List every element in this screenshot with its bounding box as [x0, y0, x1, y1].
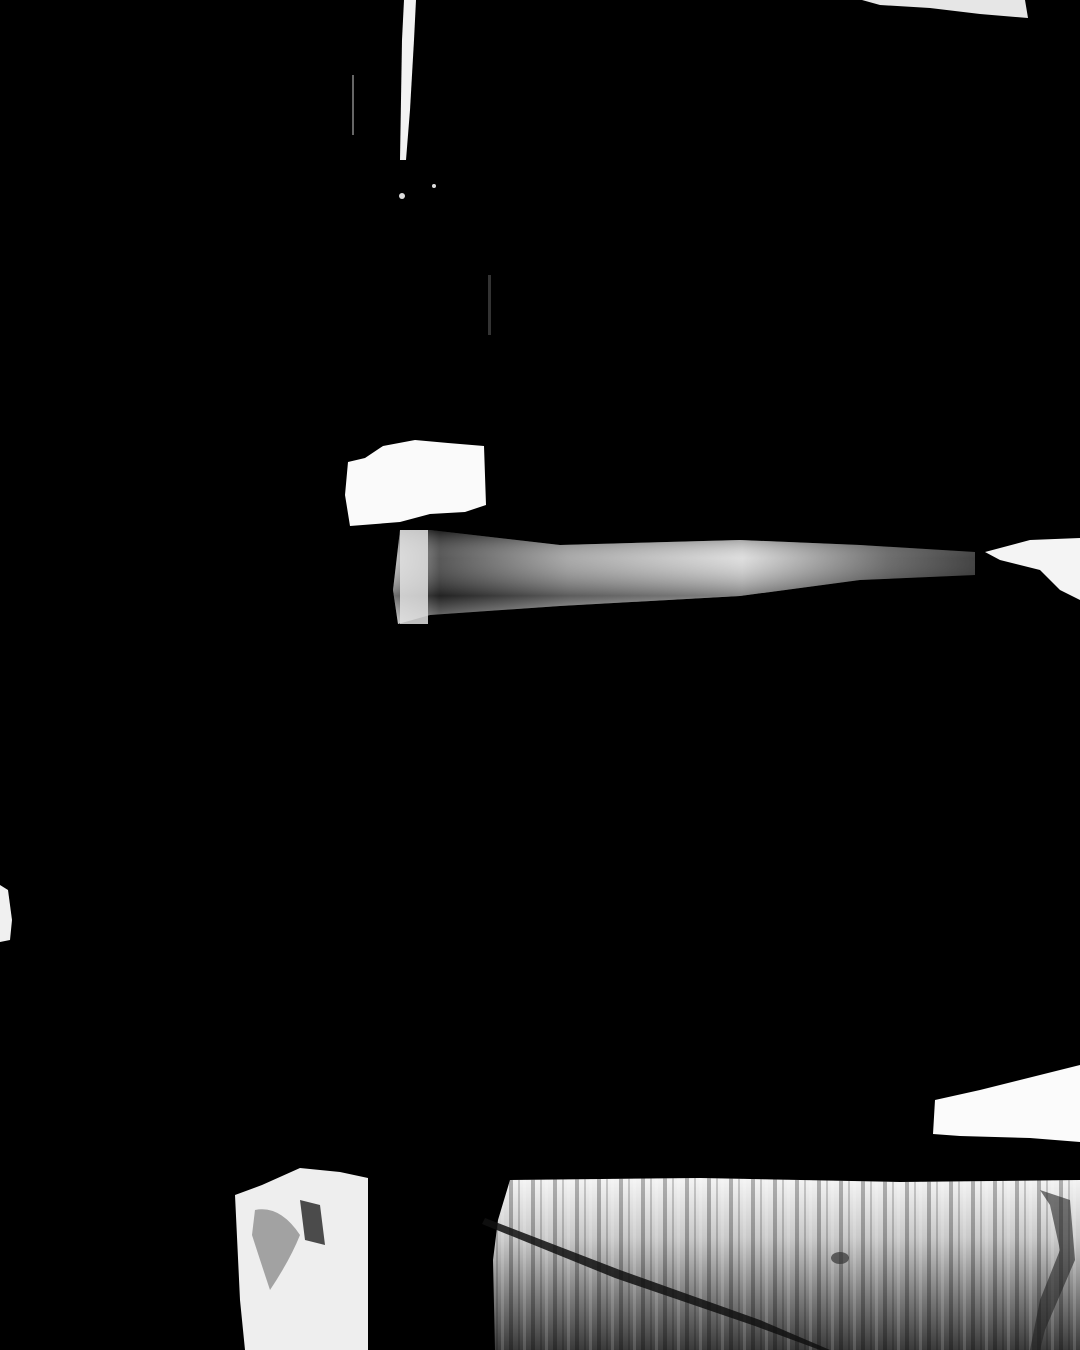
top-drip-stroke: [400, 0, 416, 160]
artwork-canvas: [0, 0, 1080, 1350]
right-lower-slab: [933, 1065, 1080, 1142]
left-edge-blob: [0, 885, 12, 942]
abstract-artwork: Abstract black and white brushstroke com…: [0, 0, 1080, 1350]
right-edge-stroke: [985, 538, 1080, 600]
bottom-left-strip: [235, 1168, 368, 1350]
white-block: [345, 440, 486, 526]
top-right-stroke: [862, 0, 1028, 18]
